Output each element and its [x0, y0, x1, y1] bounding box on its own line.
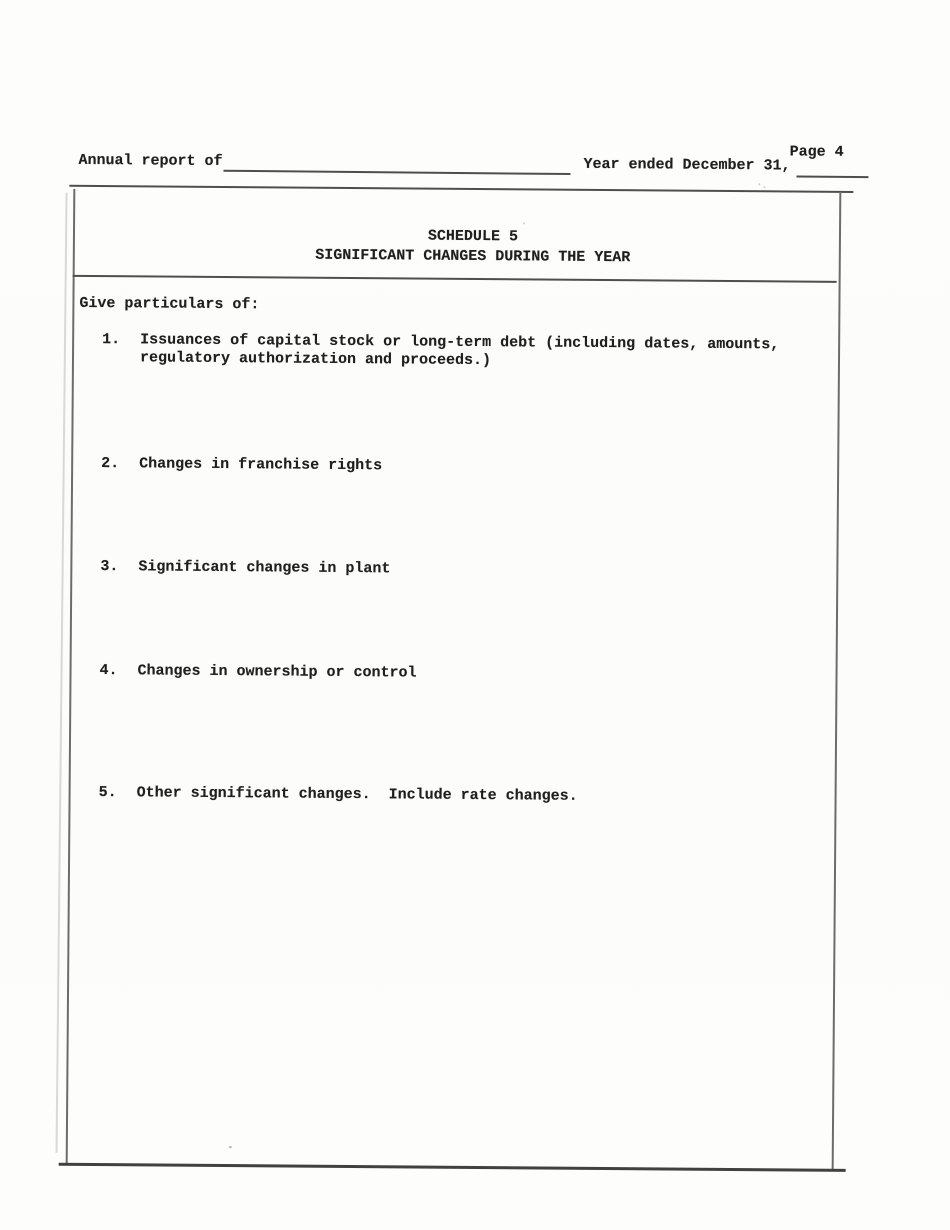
form-item-row: 2. Changes in franchise rights: [5, 0, 950, 4]
item-number: 2.: [101, 455, 119, 473]
item-number: 5.: [99, 784, 117, 802]
year-blank-field: [796, 176, 868, 179]
year-ended-label: Year ended December 31,: [583, 156, 790, 176]
form-item-row: 3. Significant changes in plant: [5, 0, 950, 4]
item-text: Changes in franchise rights: [139, 455, 794, 478]
box-right-border: [832, 192, 841, 1171]
form-item-row: 1. Issuances of capital stock or long-te…: [5, 0, 950, 4]
item-text: Changes in ownership or control: [137, 662, 792, 685]
form-item-row: 5. Other significant changes. Include ra…: [5, 0, 950, 4]
scan-gutter-line: [56, 193, 68, 1153]
intro-text: Give particulars of:: [79, 295, 259, 314]
scan-artifact: [758, 183, 760, 185]
box-bottom-border: [59, 1163, 846, 1172]
page-number: Page 4: [790, 143, 844, 161]
annual-report-blank-field: [223, 170, 570, 175]
title-separator: [73, 275, 837, 283]
item-text: Other significant changes. Include rate …: [137, 784, 817, 807]
item-number: 3.: [100, 558, 118, 576]
schedule-subtitle: SIGNIFICANT CHANGES DURING THE YEAR: [90, 245, 856, 269]
box-left-border: [66, 189, 75, 1165]
item-number: 1.: [102, 331, 120, 349]
scan-artifact: [229, 1146, 232, 1148]
item-text: Significant changes in plant: [138, 558, 793, 581]
item-number: 4.: [99, 662, 117, 680]
item-text: Issuances of capital stock or long-term …: [140, 331, 795, 372]
scanned-form-page: Annual report of Year ended December 31,…: [0, 0, 950, 1230]
scan-artifact: [523, 222, 525, 224]
annual-report-label: Annual report of: [78, 152, 222, 171]
scan-artifact: [763, 186, 765, 188]
box-top-border: [69, 185, 853, 193]
form-item-row: 4. Changes in ownership or control: [5, 0, 950, 4]
